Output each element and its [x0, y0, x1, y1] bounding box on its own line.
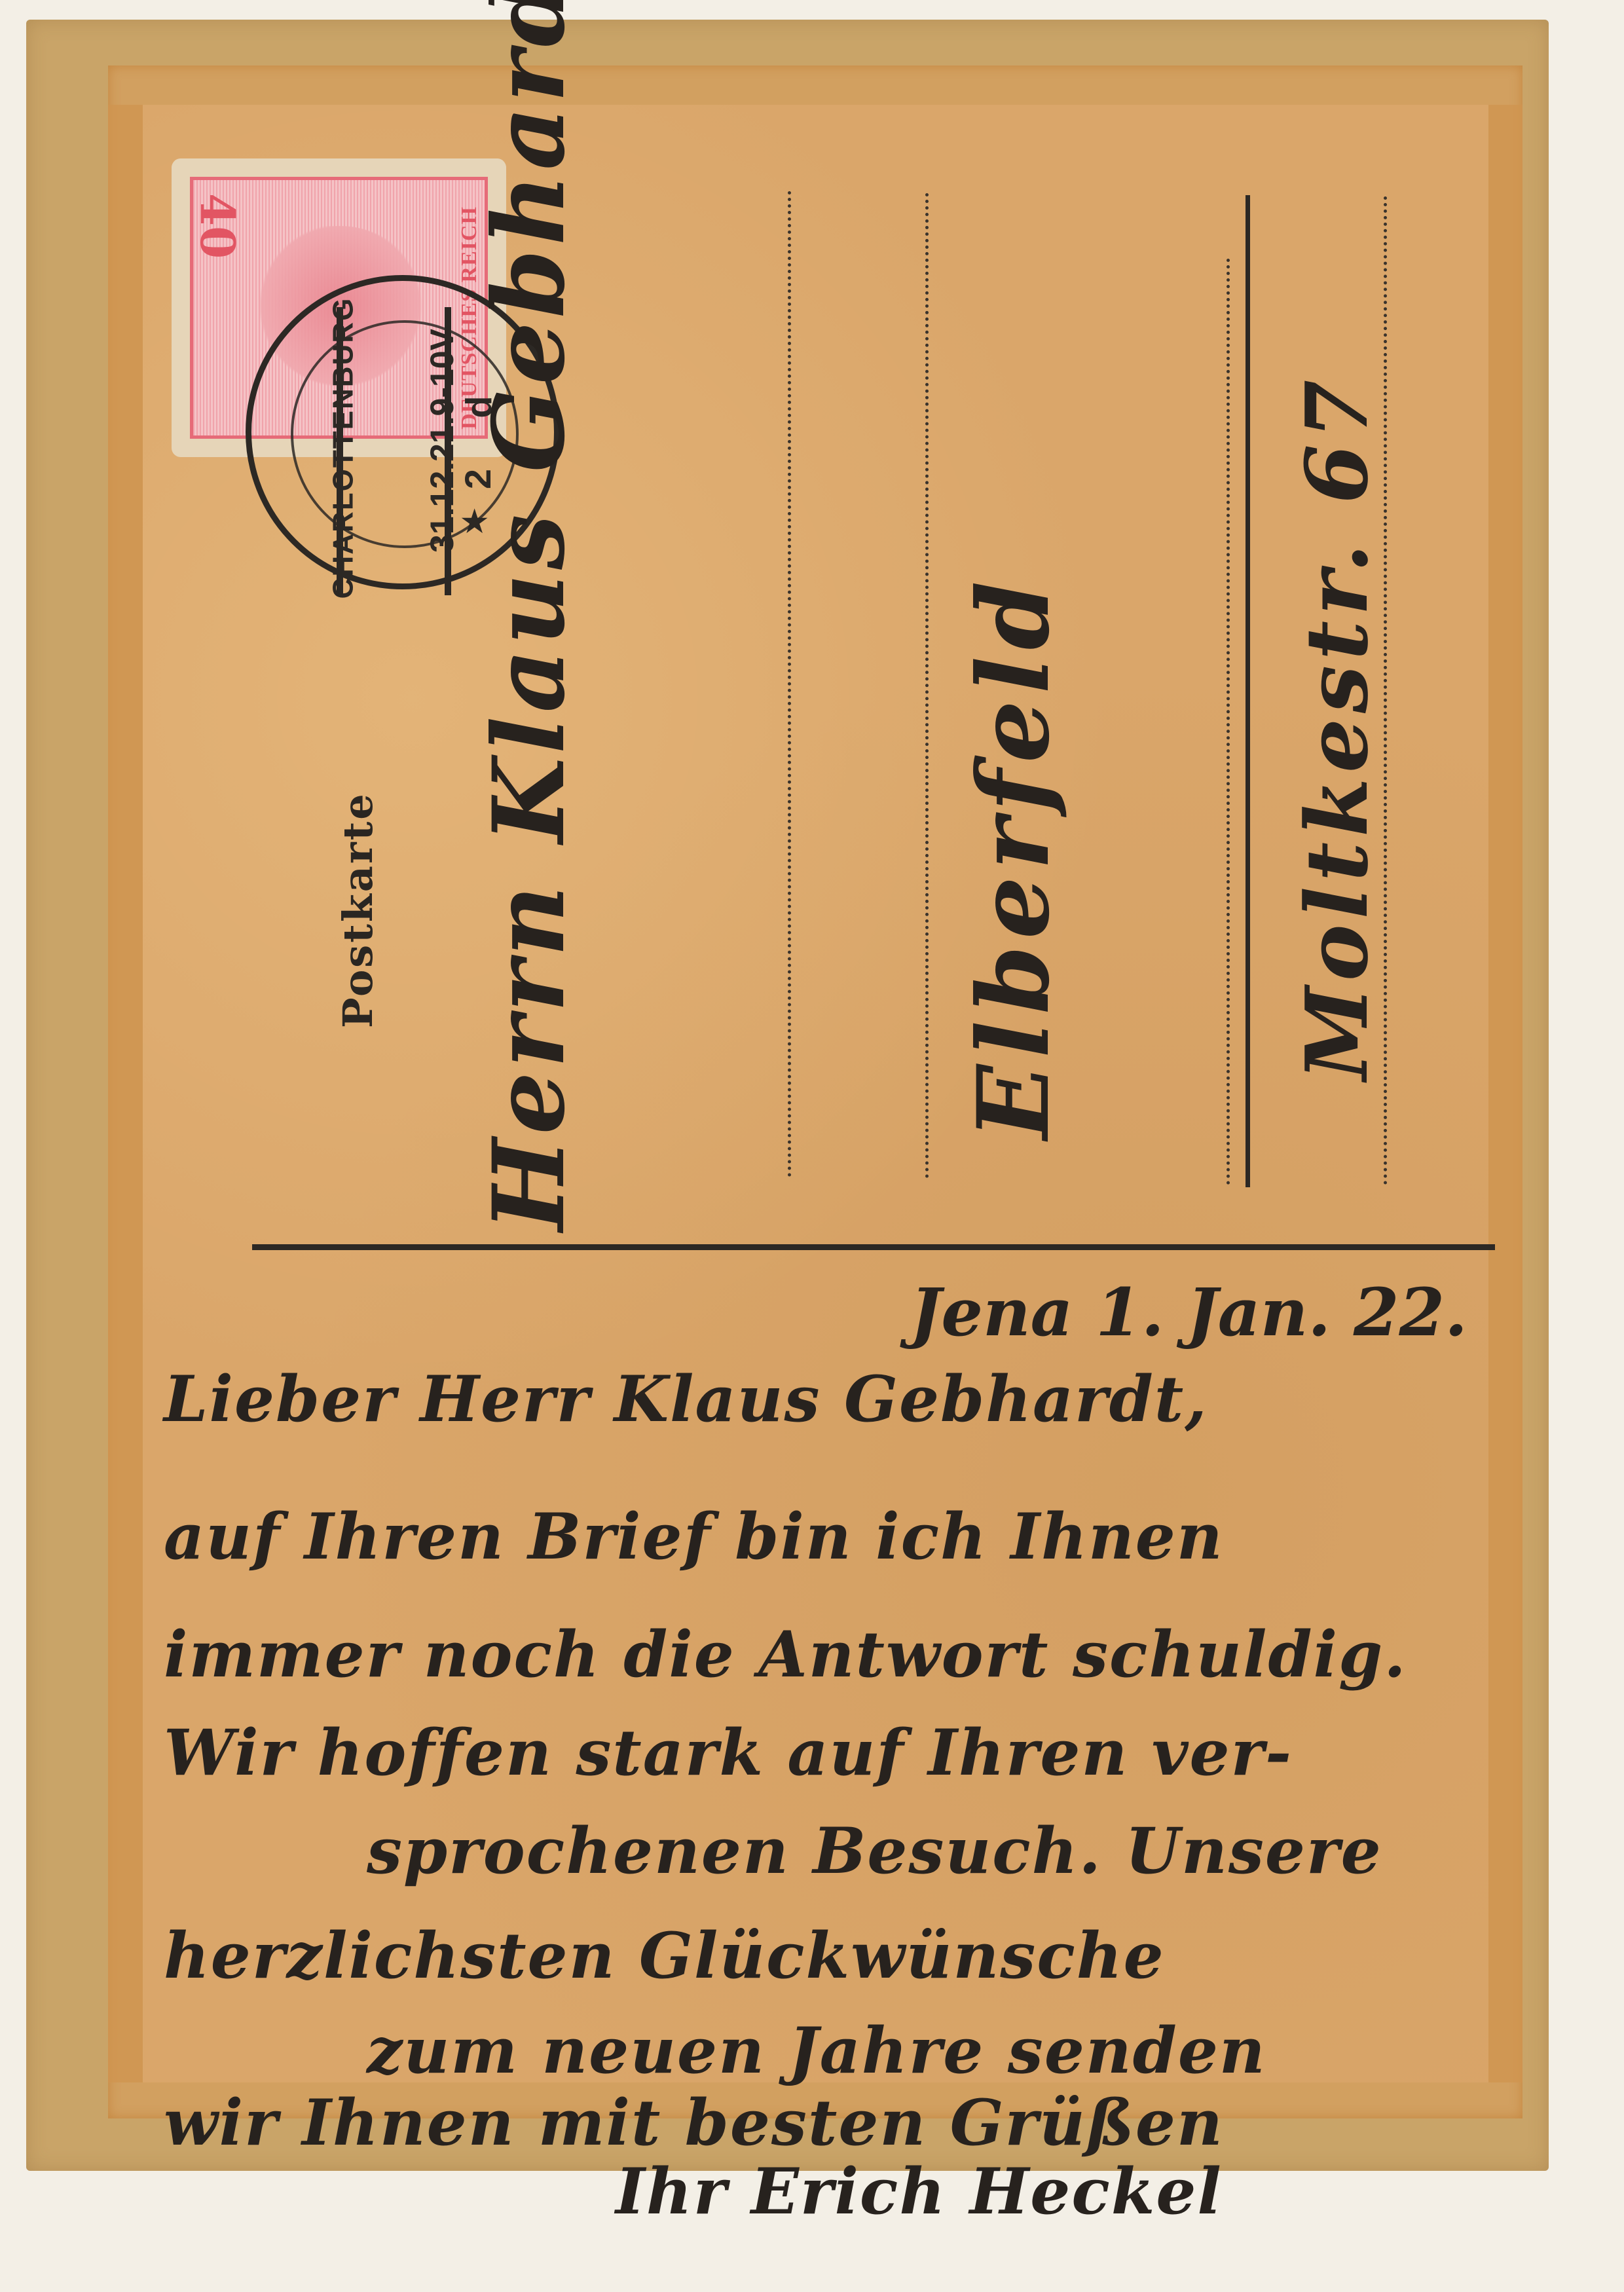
message-line: Wir hoffen stark auf Ihren ver- [164, 1716, 1293, 1790]
postmark-date: 31.12.21.9-10V [423, 329, 461, 553]
address-guide-solid [1246, 195, 1250, 1187]
address-message-divider [252, 1244, 1495, 1250]
message-line: herzlichsten Glückwünsche [164, 1919, 1165, 1993]
card-edge-right [1488, 105, 1522, 2082]
address-guide-dotted [1227, 259, 1230, 1185]
card-edge-left [108, 105, 143, 2082]
recipient-name: Herrn Klaus Gebhardt [471, 0, 587, 1231]
card-type-label: Postkarte [334, 792, 382, 1028]
stamp-value: 40 [190, 193, 246, 259]
message-line: Lieber Herr Klaus Gebhardt, [164, 1362, 1208, 1436]
signature: Ihr Erich Heckel [616, 2154, 1223, 2228]
recipient-city: Elberfeld [956, 575, 1071, 1140]
recipient-street: Moltkestr. 67 [1287, 375, 1387, 1081]
message-line: sprochenen Besuch. Unsere [367, 1814, 1382, 1888]
message-line: immer noch die Antwort schuldig. [164, 1617, 1407, 1691]
message-line: wir Ihnen mit besten Grüßen [164, 2086, 1224, 2160]
message-line: zum neuen Jahre senden [367, 2014, 1266, 2088]
message-line: auf Ihren Brief bin ich Ihnen [164, 1500, 1224, 1574]
address-guide-dotted [788, 191, 791, 1177]
address-guide-dotted [925, 193, 929, 1179]
postmark-city: CHARLOTTENBURG [327, 297, 360, 599]
letter-date: Jena 1. Jan. 22. [910, 1274, 1467, 1351]
